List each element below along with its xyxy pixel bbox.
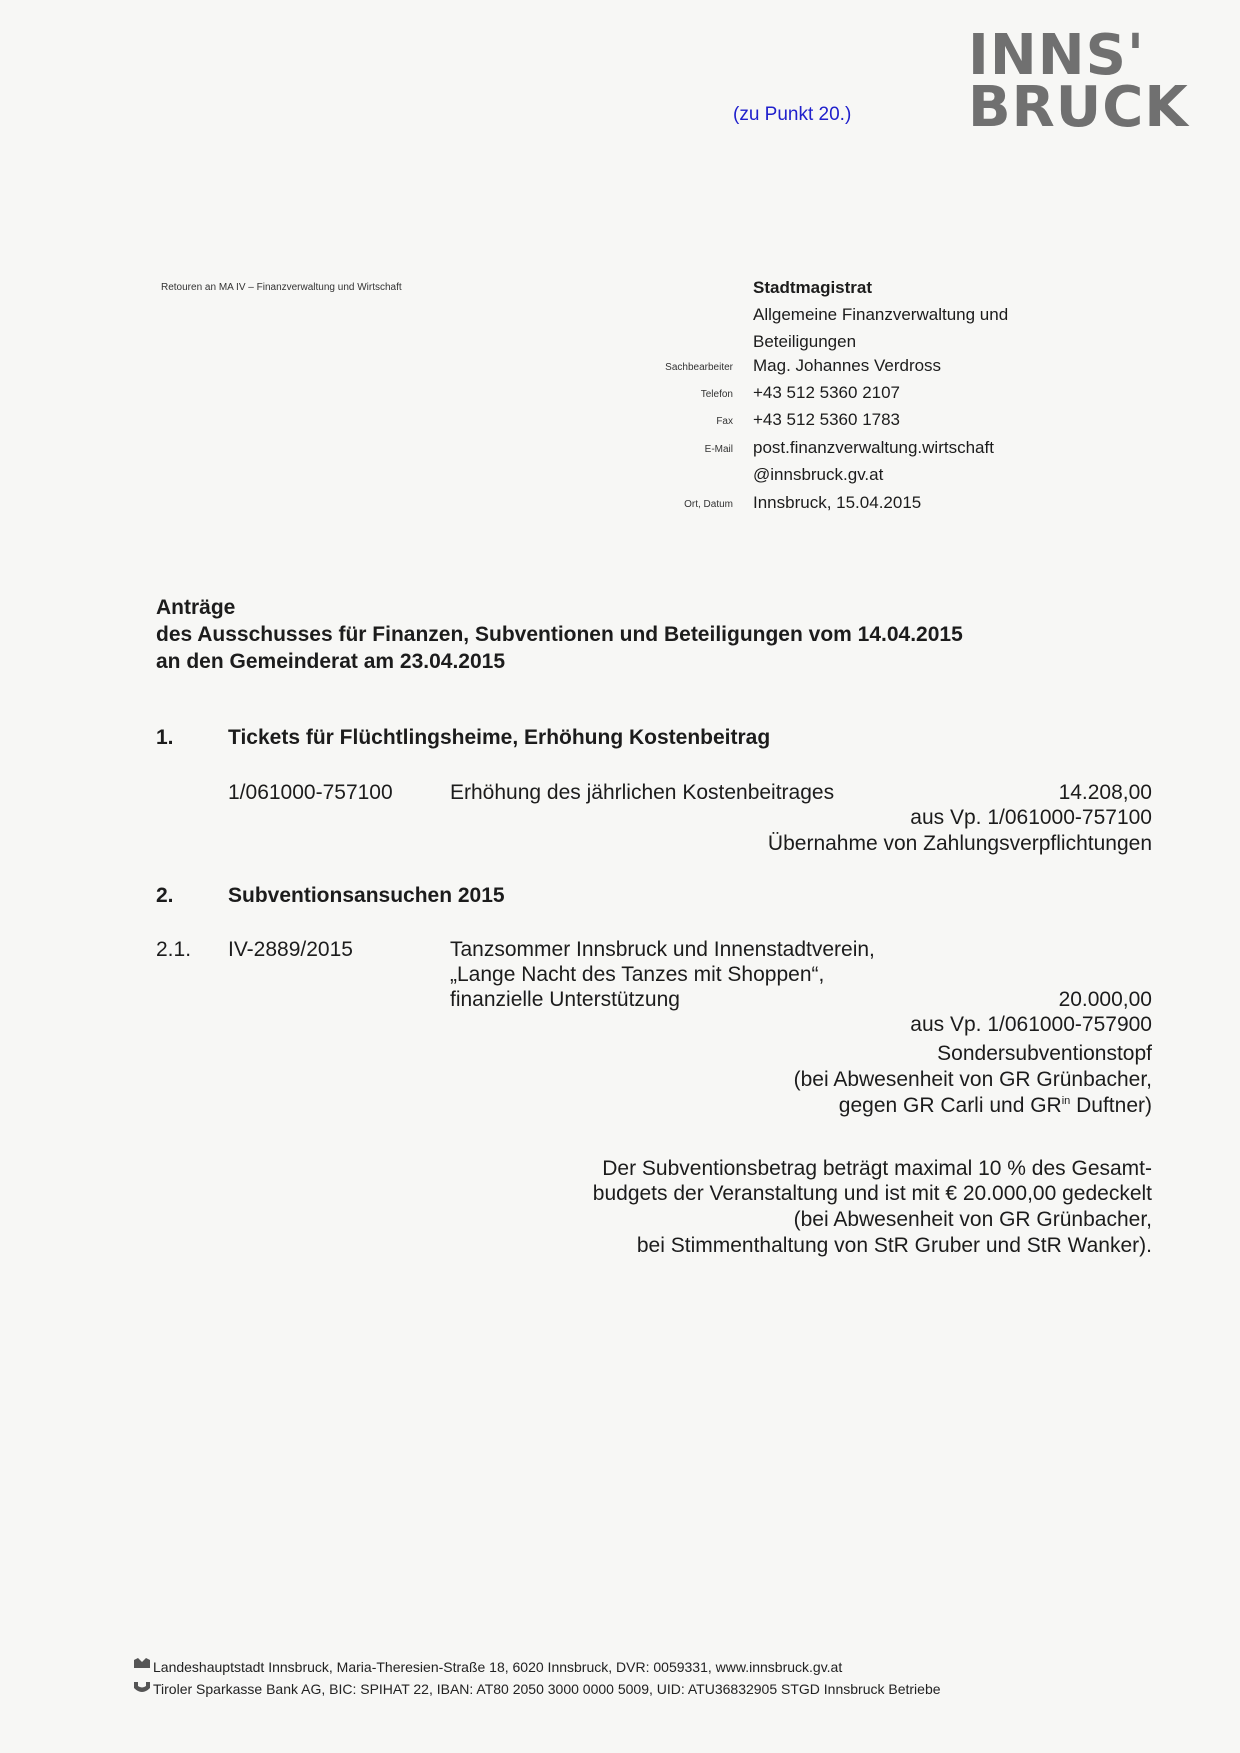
funding-pot: Sondersubventionstopf bbox=[937, 1042, 1152, 1066]
contact-label: Fax bbox=[716, 416, 733, 427]
city-emblem-icon bbox=[134, 1656, 150, 1696]
title-line-2: des Ausschusses für Finanzen, Subvention… bbox=[156, 621, 963, 648]
agenda-point-note: (zu Punkt 20.) bbox=[733, 104, 851, 126]
vote-note-2: gegen GR Carli und GRin Duftner) bbox=[839, 1094, 1152, 1118]
footer: Landeshauptstadt Innsbruck, Maria-Theres… bbox=[153, 1656, 941, 1700]
section-number: 2. bbox=[156, 884, 228, 908]
condition-line-3: (bei Abwesenheit von GR Grünbacher, bbox=[794, 1208, 1152, 1232]
title-line-1: Anträge bbox=[156, 594, 963, 621]
contact-value: +43 512 5360 2107 bbox=[753, 383, 900, 403]
vote-superscript: in bbox=[1062, 1095, 1071, 1107]
document-title: Anträge des Ausschusses für Finanzen, Su… bbox=[156, 594, 963, 675]
contact-value: +43 512 5360 1783 bbox=[753, 410, 900, 430]
dept-line-2: Beteiligungen bbox=[753, 328, 1008, 355]
dept-line-1: Allgemeine Finanzverwaltung und bbox=[753, 301, 1008, 328]
funding-note: Übernahme von Zahlungsverpflichtungen bbox=[768, 832, 1152, 856]
condition-line-4: bei Stimmenthaltung von StR Gruber und S… bbox=[637, 1234, 1152, 1258]
condition-line-1: Der Subventionsbetrag beträgt maximal 10… bbox=[602, 1157, 1152, 1181]
item-description-line-2: „Lange Nacht des Tanzes mit Shoppen“, bbox=[450, 963, 824, 987]
footer-address: Landeshauptstadt Innsbruck, Maria-Theres… bbox=[153, 1656, 941, 1678]
item-description-line-1: Tanzsommer Innsbruck und Innenstadtverei… bbox=[450, 938, 875, 962]
section-1-heading: 1.Tickets für Flüchtlingsheime, Erhöhung… bbox=[156, 726, 770, 750]
item-number: 2.1. bbox=[156, 938, 191, 962]
email-value: post.finanzverwaltung.wirtschaft bbox=[753, 438, 994, 458]
item-description: Erhöhung des jährlichen Kostenbeitrages bbox=[450, 781, 834, 805]
title-line-3: an den Gemeinderat am 23.04.2015 bbox=[156, 648, 963, 675]
innsbruck-logo: INNS' BRUCK bbox=[968, 30, 1188, 134]
date-value: Innsbruck, 15.04.2015 bbox=[753, 493, 921, 513]
sender-org: Stadtmagistrat Allgemeine Finanzverwaltu… bbox=[753, 274, 1008, 355]
amount: 20.000,00 bbox=[1059, 988, 1152, 1012]
budget-code: 1/061000-757100 bbox=[228, 781, 393, 805]
email-domain-value: @innsbruck.gv.at bbox=[753, 465, 883, 485]
contact-label: Telefon bbox=[701, 389, 733, 400]
file-number: IV-2889/2015 bbox=[228, 938, 353, 962]
section-title: Tickets für Flüchtlingsheime, Erhöhung K… bbox=[228, 726, 770, 749]
amount: 14.208,00 bbox=[1059, 781, 1152, 805]
contact-value: Mag. Johannes Verdross bbox=[753, 356, 941, 376]
contact-label: Sachbearbeiter bbox=[665, 362, 733, 373]
funding-source: aus Vp. 1/061000-757100 bbox=[910, 806, 1152, 830]
footer-bank: Tiroler Sparkasse Bank AG, BIC: SPIHAT 2… bbox=[153, 1678, 941, 1700]
vote-note-1: (bei Abwesenheit von GR Grünbacher, bbox=[794, 1068, 1152, 1092]
contact-label: Ort, Datum bbox=[684, 499, 733, 510]
section-title: Subventionsansuchen 2015 bbox=[228, 884, 505, 907]
contact-label: E-Mail bbox=[705, 444, 733, 455]
vote-text: Duftner) bbox=[1070, 1094, 1152, 1117]
org-name: Stadtmagistrat bbox=[753, 274, 1008, 301]
condition-line-2: budgets der Veranstaltung und ist mit € … bbox=[593, 1182, 1152, 1206]
section-number: 1. bbox=[156, 726, 228, 750]
funding-source: aus Vp. 1/061000-757900 bbox=[910, 1013, 1152, 1037]
logo-line-2: BRUCK bbox=[968, 82, 1188, 134]
section-2-heading: 2.Subventionsansuchen 2015 bbox=[156, 884, 505, 908]
item-description-line-3: finanzielle Unterstützung bbox=[450, 988, 680, 1012]
vote-text: gegen GR Carli und GR bbox=[839, 1094, 1062, 1117]
return-address: Retouren an MA IV – Finanzverwaltung und… bbox=[161, 282, 402, 293]
